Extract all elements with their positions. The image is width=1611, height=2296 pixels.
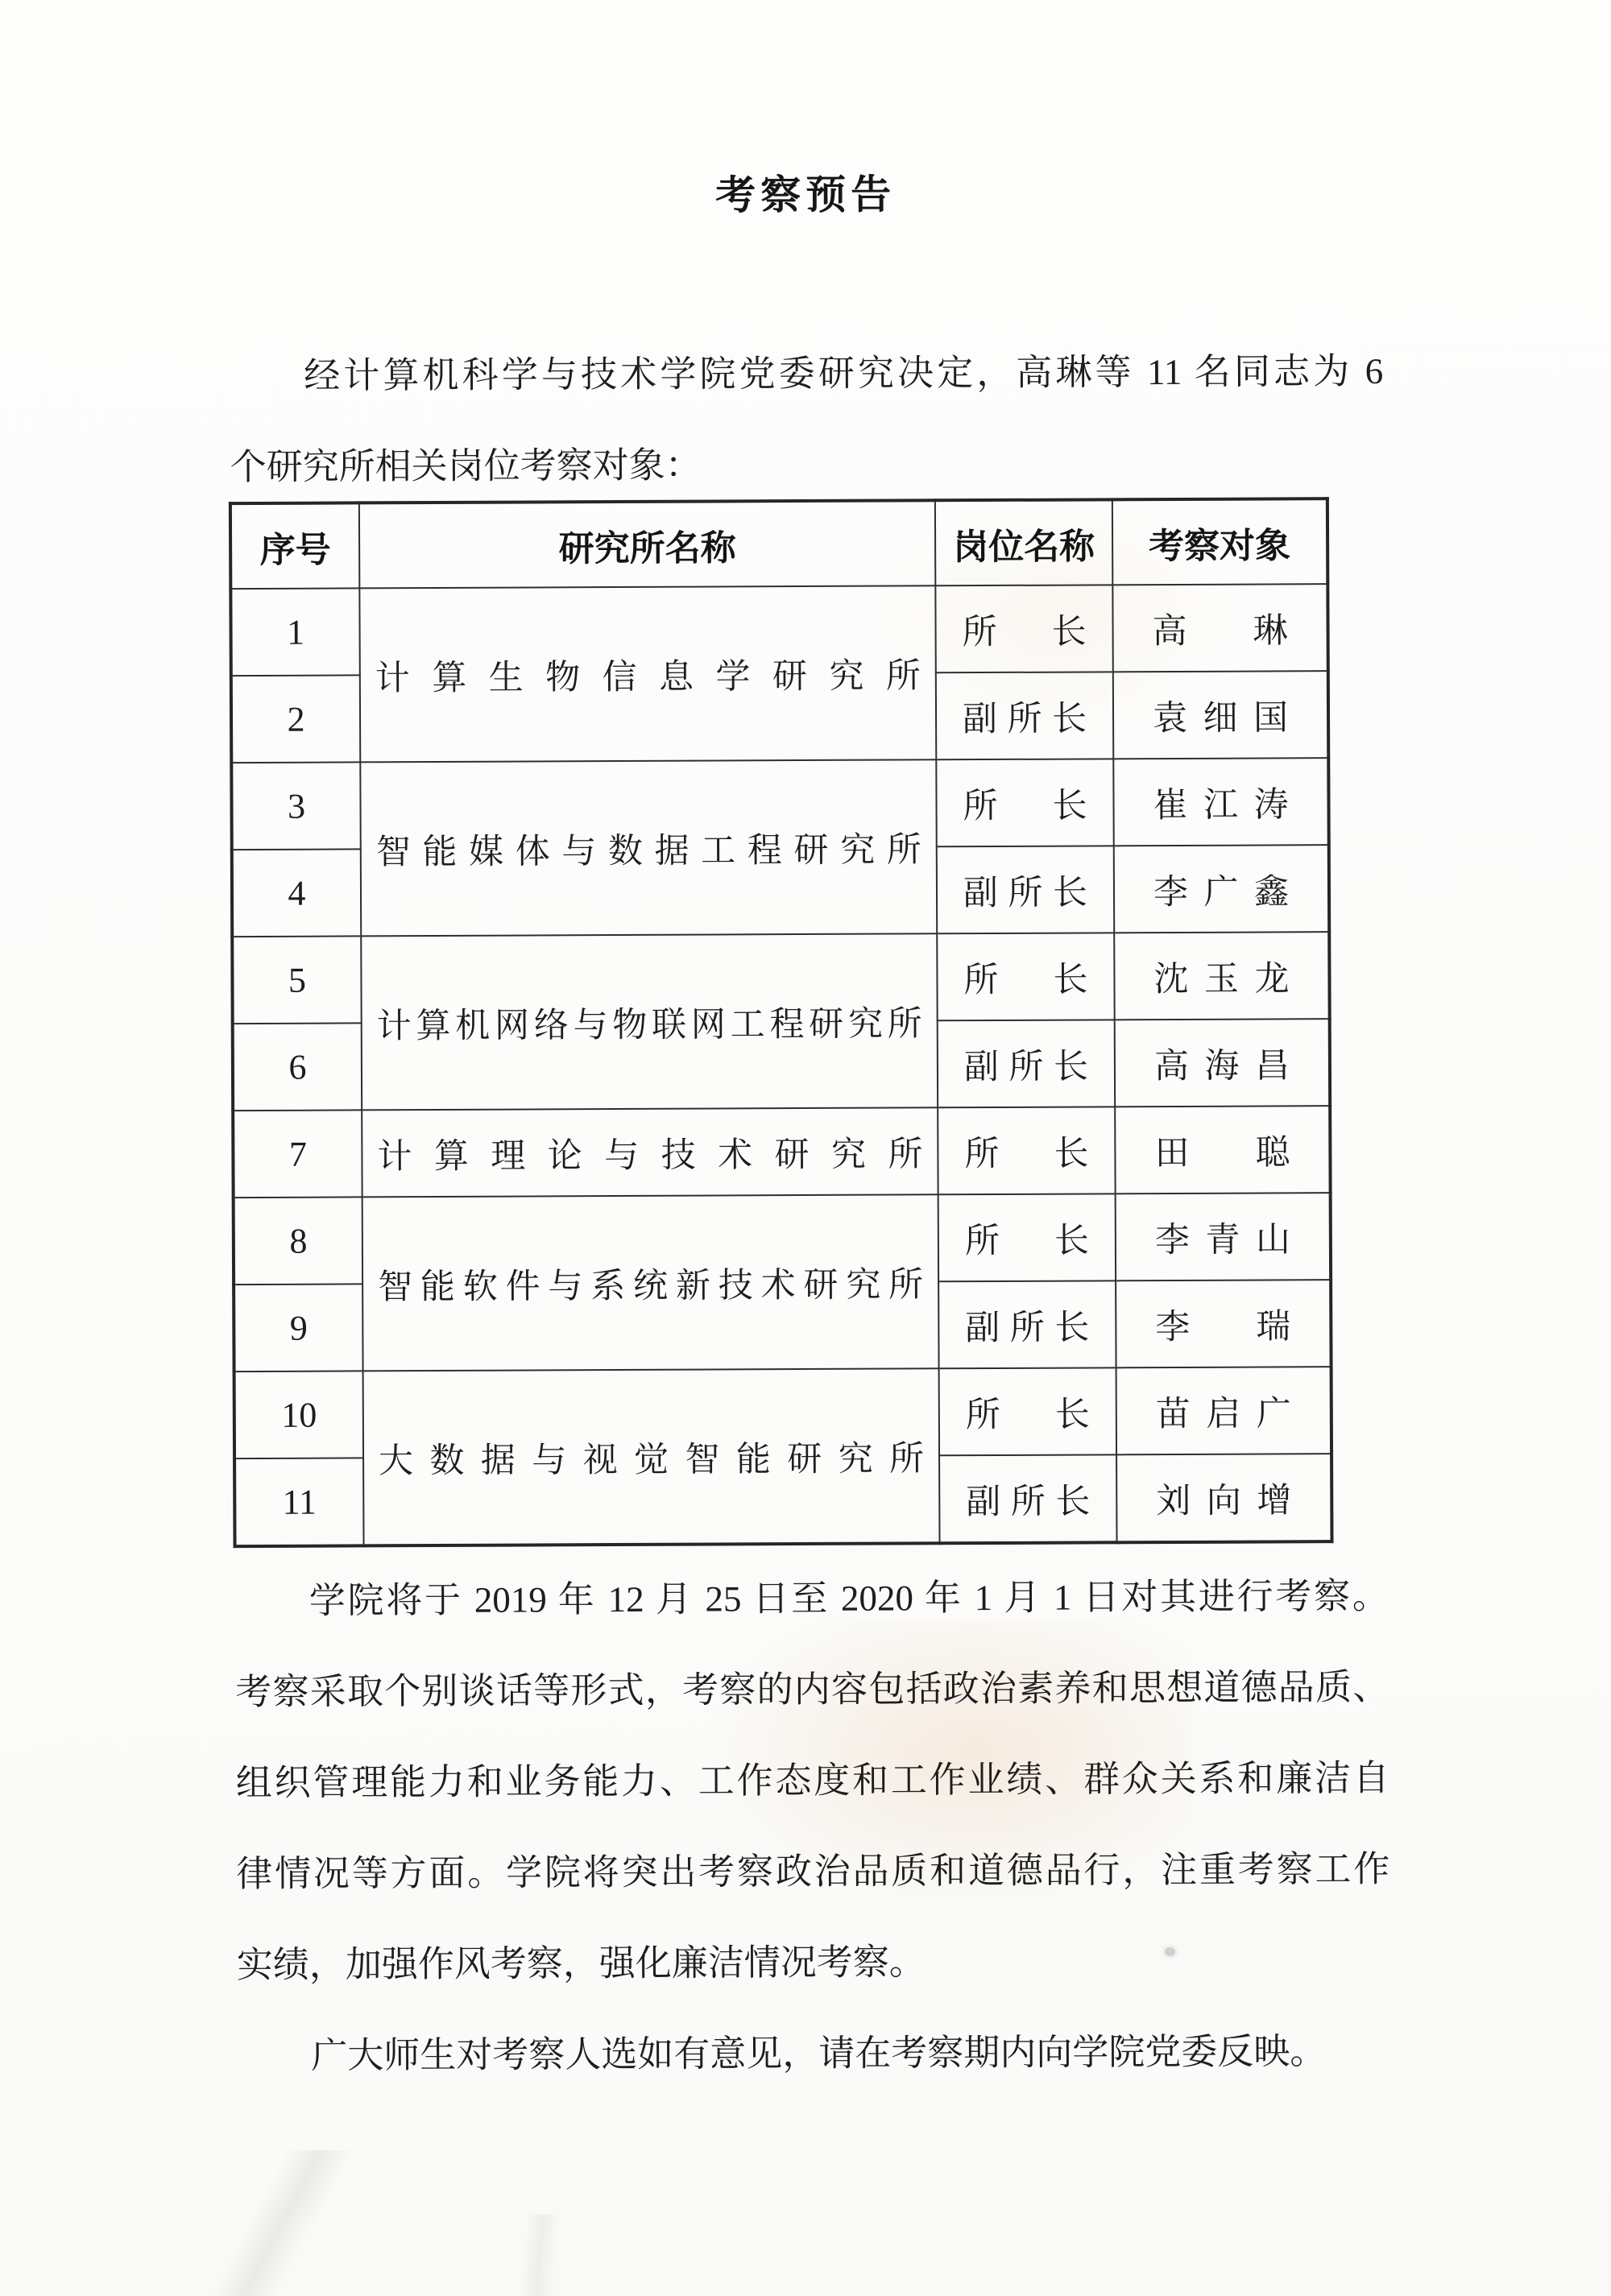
institute-cell: 计算理论与技术研究所 xyxy=(362,1107,938,1197)
candidate-cell: 高海昌 xyxy=(1115,1019,1330,1107)
position-cell: 副所长 xyxy=(938,1280,1116,1368)
seq-cell: 11 xyxy=(234,1458,363,1546)
seq-cell: 1 xyxy=(230,588,359,676)
candidate-cell: 刘向增 xyxy=(1116,1454,1331,1542)
closing-line: 广大师生对考察人选如有意见，请在考察期内向学院党委反映。 xyxy=(237,2006,1390,2102)
position-cell: 所长 xyxy=(939,1367,1116,1455)
institute-cell: 智能媒体与数据工程研究所 xyxy=(360,759,937,936)
position-cell: 所长 xyxy=(938,1107,1115,1194)
candidate-cell: 李瑞 xyxy=(1116,1280,1331,1367)
body-line-3: 组织管理能力和业务能力、工作态度和工作业绩、群众关系和廉洁自 xyxy=(236,1733,1389,1829)
candidate-cell: 田聪 xyxy=(1115,1106,1330,1194)
position-cell: 副所长 xyxy=(937,846,1114,933)
candidate-cell: 沈玉龙 xyxy=(1114,932,1329,1020)
table-row: 1 计算生物信息学研究所 所长 高琳 xyxy=(230,584,1327,676)
document-content: 考察预告 经计算机科学与技术学院党委研究决定，高琳等 11 名同志为 6 个研究… xyxy=(0,0,1611,2296)
candidate-cell: 袁细国 xyxy=(1113,671,1328,759)
candidate-cell: 苗启广 xyxy=(1116,1367,1331,1454)
institute-cell: 计算生物信息学研究所 xyxy=(359,585,936,762)
position-cell: 所长 xyxy=(935,585,1112,672)
position-cell: 副所长 xyxy=(938,1020,1115,1107)
header-position: 岗位名称 xyxy=(935,499,1112,585)
seq-cell: 3 xyxy=(231,762,360,850)
table-row: 8 智能软件与系统新技术研究所 所长 李青山 xyxy=(234,1193,1331,1285)
candidate-cell: 高琳 xyxy=(1112,584,1327,672)
intro-line-1: 经计算机科学与技术学院党委研究决定，高琳等 11 名同志为 6 xyxy=(230,326,1383,422)
position-cell: 所长 xyxy=(936,759,1113,846)
body-line-4: 律情况等方面。学院将突出考察政治品质和道德品行，注重考察工作 xyxy=(236,1824,1389,1920)
position-cell: 副所长 xyxy=(936,672,1113,759)
table-header-row: 序号 研究所名称 岗位名称 考察对象 xyxy=(230,499,1327,589)
institute-cell: 大数据与视觉智能研究所 xyxy=(363,1368,940,1545)
table-row: 5 计算机网络与物联网工程研究所 所长 沈玉龙 xyxy=(232,932,1329,1024)
seq-cell: 10 xyxy=(234,1371,363,1458)
candidate-cell: 李广鑫 xyxy=(1114,845,1329,933)
header-institute: 研究所名称 xyxy=(359,500,935,588)
candidate-cell: 崔江涛 xyxy=(1113,758,1328,846)
table-row: 7 计算理论与技术研究所 所长 田聪 xyxy=(233,1106,1330,1198)
seq-cell: 4 xyxy=(232,849,361,937)
seq-cell: 6 xyxy=(233,1023,362,1111)
institute-cell: 计算机网络与物联网工程研究所 xyxy=(361,933,938,1110)
position-cell: 所长 xyxy=(937,933,1114,1020)
body-line-1: 学院将于 2019 年 12 月 25 日至 2020 年 1 月 1 日对其进… xyxy=(235,1551,1389,1647)
candidate-cell: 李青山 xyxy=(1116,1193,1331,1280)
body-line-2: 考察采取个别谈话等形式，考察的内容包括政治素养和思想道德品质、 xyxy=(235,1642,1389,1738)
header-seq: 序号 xyxy=(230,503,359,589)
seq-cell: 7 xyxy=(233,1110,362,1198)
position-cell: 所长 xyxy=(938,1194,1116,1281)
table-row: 10 大数据与视觉智能研究所 所长 苗启广 xyxy=(234,1367,1331,1458)
scanned-document-page: 考察预告 经计算机科学与技术学院党委研究决定，高琳等 11 名同志为 6 个研究… xyxy=(0,0,1611,2296)
position-cell: 副所长 xyxy=(939,1454,1116,1543)
body-line-5: 实绩，加强作风考察，强化廉洁情况考察。 xyxy=(237,1915,1390,2011)
table-row: 3 智能媒体与数据工程研究所 所长 崔江涛 xyxy=(231,758,1328,850)
inspection-table: 序号 研究所名称 岗位名称 考察对象 1 计算生物信息学研究所 所长 高琳 2 … xyxy=(229,497,1334,1548)
header-candidate: 考察对象 xyxy=(1112,499,1327,585)
seq-cell: 2 xyxy=(231,675,360,763)
seq-cell: 8 xyxy=(234,1197,362,1285)
seq-cell: 5 xyxy=(232,936,361,1024)
institute-cell: 智能软件与系统新技术研究所 xyxy=(362,1194,939,1371)
seq-cell: 9 xyxy=(234,1284,362,1371)
page-title: 考察预告 xyxy=(229,163,1382,227)
